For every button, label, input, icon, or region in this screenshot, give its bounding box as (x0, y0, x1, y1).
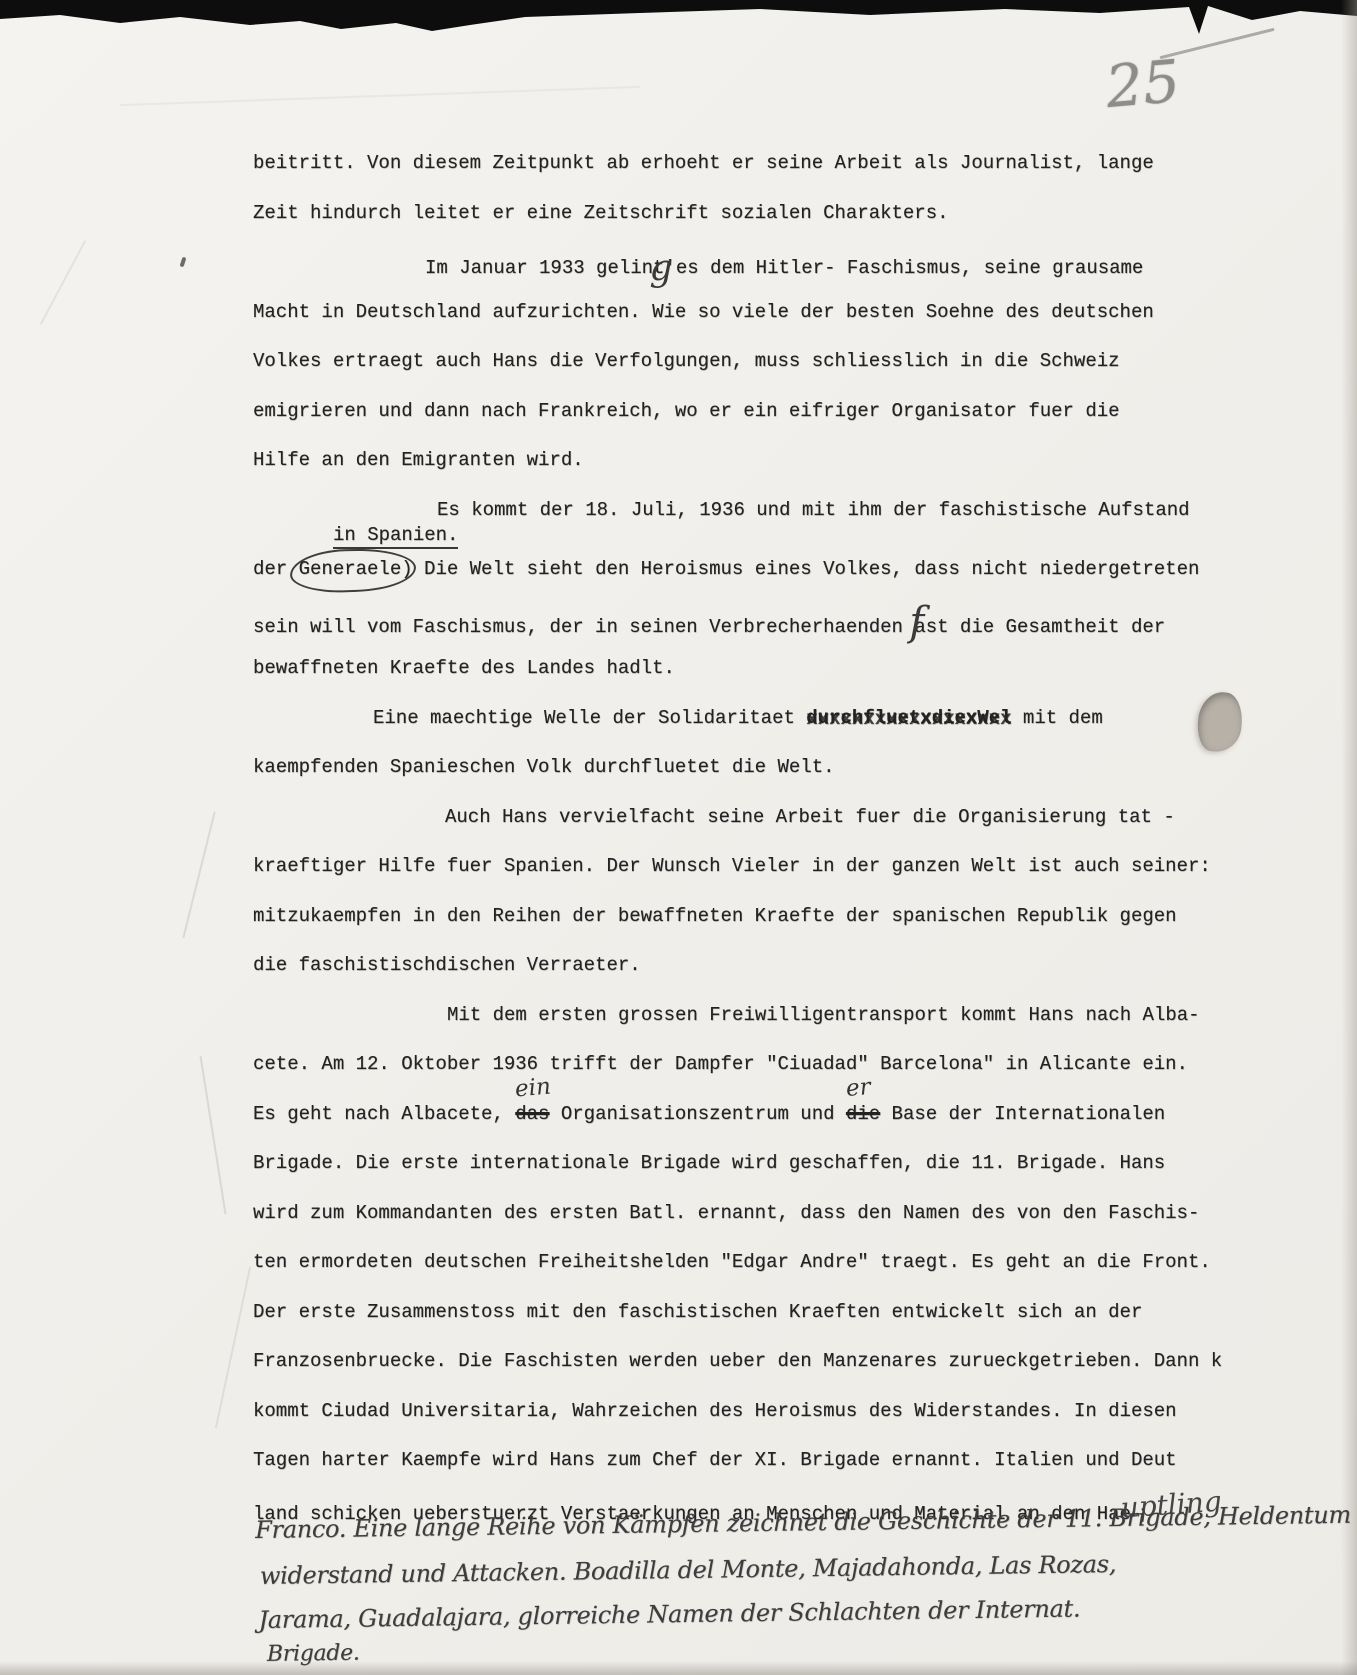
corrected-word: dieer (846, 1101, 880, 1127)
scan-right-edge-shading (1341, 0, 1357, 1675)
typed-text: Organisationszentrum und (549, 1103, 845, 1125)
ink-speck (180, 257, 187, 268)
paper-crease (199, 1056, 226, 1214)
typed-text: emigrieren und dann nach Frankreich, wo … (253, 400, 1120, 422)
typed-text: cete. Am 12. Oktober 1936 trifft der Dam… (253, 1053, 1188, 1075)
typed-line: beitritt. Von diesem Zeitpunkt ab erhoeh… (253, 150, 1154, 176)
typed-text: beitritt. Von diesem Zeitpunkt ab erhoeh… (253, 152, 1154, 174)
typed-line: die faschistischdischen Verraeter. (253, 952, 641, 978)
typed-text: Es kommt der 18. Juli, 1936 und mit ihm … (437, 499, 1190, 521)
typed-line: Mit dem ersten grossen Freiwilligentrans… (253, 1002, 1200, 1028)
scan-top-edge-artifact (0, 0, 1357, 40)
typed-line: der Generaele) Die Welt sieht den Herois… (253, 556, 1199, 582)
typed-line: kaempfenden Spanieschen Volk durchfluete… (253, 754, 835, 780)
typed-line: Zeit hindurch leitet er eine Zeitschrift… (253, 200, 949, 226)
handwritten-correction: er (845, 1074, 872, 1102)
typed-text: sein will vom Faschismus, der in seinen … (253, 616, 914, 638)
typed-text: kommt Ciudad Universitaria, Wahrzeichen … (253, 1400, 1177, 1422)
typed-text: mit dem (1012, 707, 1103, 729)
overstrike-x-layer: xxxxxxxxxxxxxxxxxx (806, 706, 1011, 732)
typed-text: Auch Hans vervielfacht seine Arbeit fuer… (445, 806, 1175, 828)
paper-crease (182, 812, 215, 939)
typed-text: Franzosenbruecke. Die Faschisten werden … (253, 1350, 1222, 1372)
circled-word: Generaele) (299, 556, 413, 582)
typed-text: wird zum Kommandanten des ersten Batl. e… (253, 1202, 1199, 1224)
scanned-document-page: 25 beitritt. Von diesem Zeitpunkt ab erh… (0, 0, 1357, 1675)
typed-text: Im Januar 1933 gelint (425, 257, 664, 279)
typed-line: Macht in Deutschland aufzurichten. Wie s… (253, 299, 1154, 325)
typed-line: emigrieren und dann nach Frankreich, wo … (253, 398, 1120, 424)
typed-line: Brigade. Die erste internationale Brigad… (253, 1150, 1165, 1176)
typed-line: ten ermordeten deutschen Freiheitshelden… (253, 1249, 1211, 1275)
handwritten-line: Jarama, Guadalajara, glorreiche Namen de… (258, 1594, 1080, 1633)
typed-line: Auch Hans vervielfacht seine Arbeit fuer… (253, 804, 1175, 830)
typed-text: Volkes ertraegt auch Hans die Verfolgung… (253, 350, 1120, 372)
typed-line: Eine maechtige Welle der Solidaritaet du… (253, 705, 1103, 731)
typed-line: Es kommt der 18. Juli, 1936 und mit ihm … (253, 497, 1190, 523)
handwritten-line: Brigade. (267, 1641, 360, 1667)
typed-line: wird zum Kommandanten des ersten Batl. e… (253, 1200, 1199, 1226)
typed-text: Mit dem ersten grossen Freiwilligentrans… (447, 1004, 1200, 1026)
typed-text: Base der Internationalen (880, 1103, 1165, 1125)
typed-text: Es geht nach Albacete, (253, 1103, 515, 1125)
handwritten-correction: ein (514, 1073, 552, 1102)
typed-line: Hilfe an den Emigranten wird. (253, 447, 584, 473)
handwritten-page-number: 25 (1103, 47, 1182, 121)
typed-text: Eine maechtige Welle der Solidaritaet (373, 707, 806, 729)
typed-text: kaempfenden Spanieschen Volk durchfluete… (253, 756, 835, 778)
pencil-stroke (1159, 28, 1274, 59)
typed-line: kraeftiger Hilfe fuer Spanien. Der Wunsc… (253, 853, 1211, 879)
handwritten-line: widerstand und Attacken. Boadilla del Mo… (260, 1550, 1117, 1590)
paper-crease (120, 86, 640, 106)
overstruck-text: durchfluetxdiexWelxxxxxxxxxxxxxxxxxx (806, 705, 1011, 731)
typed-text: Zeit hindurch leitet er eine Zeitschrift… (253, 202, 949, 224)
typed-text: mitzukaempfen in den Reihen der bewaffne… (253, 905, 1177, 927)
typed-text: kraeftiger Hilfe fuer Spanien. Der Wunsc… (253, 855, 1211, 877)
typed-line: bewaffneten Kraefte des Landes hadlt. (253, 655, 675, 681)
paper-crease (40, 240, 86, 325)
typed-text: die faschistischdischen Verraeter. (253, 954, 641, 976)
struck-typed-word: die (846, 1103, 880, 1125)
typed-text: Tagen harter Kaempfe wird Hans zum Chef … (253, 1449, 1177, 1471)
typed-line: mitzukaempfen in den Reihen der bewaffne… (253, 903, 1177, 929)
scan-bottom-edge-shading (0, 1661, 1357, 1675)
struck-typed-word: das (515, 1103, 549, 1125)
typed-line: cete. Am 12. Oktober 1936 trifft der Dam… (253, 1051, 1188, 1077)
typed-line: Der erste Zusammenstoss mit den faschist… (253, 1299, 1142, 1325)
paper-crease (215, 1267, 251, 1429)
typed-text: ten ermordeten deutschen Freiheitshelden… (253, 1251, 1211, 1273)
typed-text-underlined: in Spanien. (333, 524, 458, 549)
paper-tear-blotch (1194, 689, 1246, 755)
handwritten-circle (289, 547, 416, 594)
typed-text: bewaffneten Kraefte des Landes hadlt. (253, 657, 675, 679)
typed-text: Der erste Zusammenstoss mit den faschist… (253, 1301, 1142, 1323)
typed-interline-insert: in Spanien. (333, 522, 458, 548)
typed-text: Die Welt sieht den Heroismus eines Volke… (413, 558, 1200, 580)
typed-text: 'es dem Hitler- Faschismus, seine grausa… (664, 257, 1143, 279)
typed-text: Hilfe an den Emigranten wird. (253, 449, 584, 471)
typed-line: Franzosenbruecke. Die Faschisten werden … (253, 1348, 1222, 1374)
typed-line: Tagen harter Kaempfe wird Hans zum Chef … (253, 1447, 1177, 1473)
typed-line: Es geht nach Albacete, dasein Organisati… (253, 1101, 1165, 1127)
corrected-word: dasein (515, 1101, 549, 1127)
typed-text: ast die Gesamtheit der (914, 616, 1165, 638)
typed-text: Macht in Deutschland aufzurichten. Wie s… (253, 301, 1154, 323)
typed-text: Brigade. Die erste internationale Brigad… (253, 1152, 1165, 1174)
typed-line: Im Januar 1933 gelintg'es dem Hitler- Fa… (253, 249, 1143, 281)
typed-line: sein will vom Faschismus, der in seinen … (253, 606, 1165, 640)
typed-line: Volkes ertraegt auch Hans die Verfolgung… (253, 348, 1120, 374)
typed-line: kommt Ciudad Universitaria, Wahrzeichen … (253, 1398, 1177, 1424)
